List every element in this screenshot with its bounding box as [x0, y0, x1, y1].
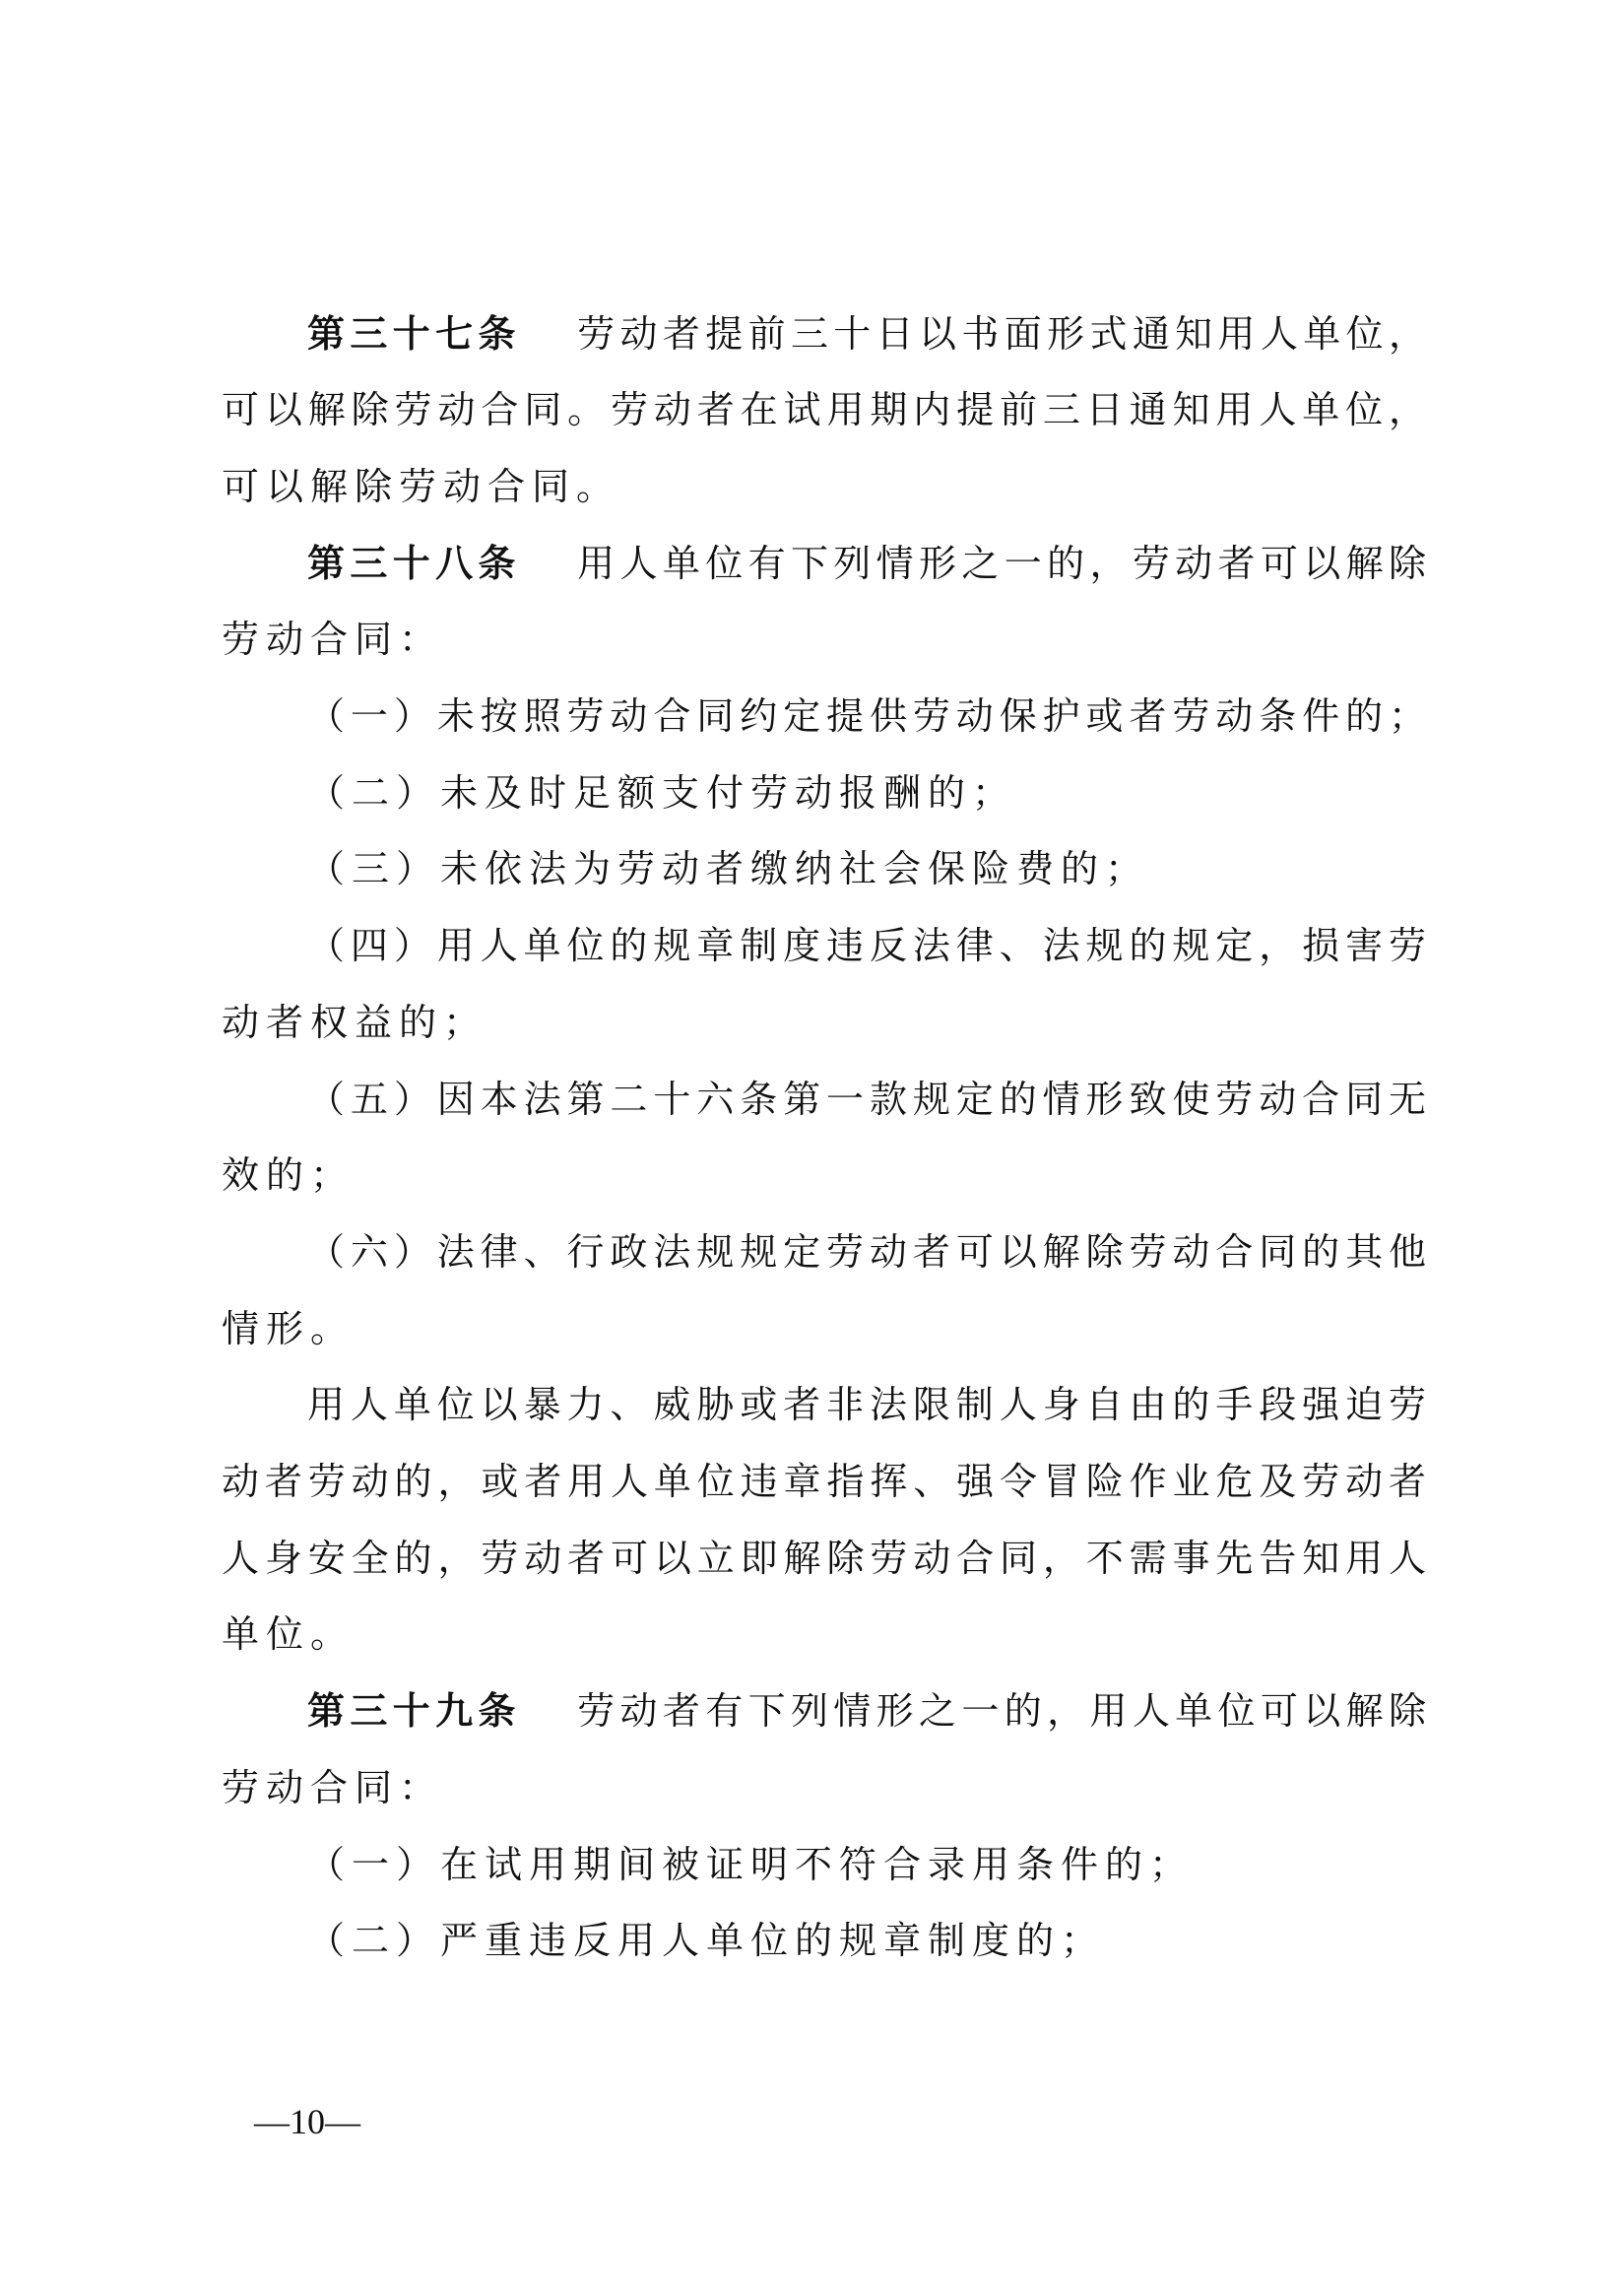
article-number: 第三十七条 — [307, 312, 521, 356]
text-line: 可以解除劳动合同。 — [222, 465, 1426, 508]
list-item: （三）未依法为劳动者缴纳社会保险费的； — [307, 847, 1426, 890]
text-line: 劳动合同： — [222, 1766, 1426, 1809]
article-number: 第三十九条 — [307, 1689, 521, 1733]
text-line: 劳动合同： — [222, 618, 1426, 661]
list-item: （六）法律、行政法规规定劳动者可以解除劳动合同的其他 — [307, 1230, 1426, 1274]
text-line: 可以解除劳动合同。劳动者在试用期内提前三日通知用人单位， — [222, 388, 1426, 431]
list-item: （一）未按照劳动合同约定提供劳动保护或者劳动条件的； — [307, 694, 1426, 738]
document-page: 第三十七条劳动者提前三十日以书面形式通知用人单位， 可以解除劳动合同。劳动者在试… — [0, 0, 1621, 2296]
article-text: 劳动者提前三十日以书面形式通知用人单位， — [572, 312, 1426, 356]
article-37-heading-line: 第三十七条劳动者提前三十日以书面形式通知用人单位， — [307, 312, 1426, 356]
article-text: 劳动者有下列情形之一的，用人单位可以解除 — [572, 1689, 1426, 1733]
paragraph-line: 单位。 — [222, 1612, 1426, 1656]
text-line: 动者权益的； — [222, 1001, 1426, 1044]
paragraph-line: 动者劳动的，或者用人单位违章指挥、强令冒险作业危及劳动者 — [222, 1460, 1426, 1503]
text-line: 情形。 — [222, 1307, 1426, 1350]
list-item: （五）因本法第二十六条第一款规定的情形致使劳动合同无 — [307, 1078, 1426, 1121]
article-39-heading-line: 第三十九条劳动者有下列情形之一的，用人单位可以解除 — [307, 1689, 1426, 1733]
paragraph-line: 用人单位以暴力、威胁或者非法限制人身自由的手段强迫劳 — [307, 1383, 1426, 1426]
list-item: （一）在试用期间被证明不符合录用条件的； — [307, 1843, 1426, 1886]
list-item: （二）未及时足额支付劳动报酬的； — [307, 771, 1426, 815]
article-38-heading-line: 第三十八条用人单位有下列情形之一的，劳动者可以解除 — [307, 542, 1426, 585]
text-line: 效的； — [222, 1153, 1426, 1197]
article-text: 用人单位有下列情形之一的，劳动者可以解除 — [572, 542, 1426, 585]
list-item: （二）严重违反用人单位的规章制度的； — [307, 1919, 1426, 1962]
article-number: 第三十八条 — [307, 542, 521, 585]
paragraph-line: 人身安全的，劳动者可以立即解除劳动合同，不需事先告知用人 — [222, 1537, 1426, 1580]
page-number: —10— — [254, 2104, 360, 2139]
list-item: （四）用人单位的规章制度违反法律、法规的规定，损害劳 — [307, 924, 1426, 967]
